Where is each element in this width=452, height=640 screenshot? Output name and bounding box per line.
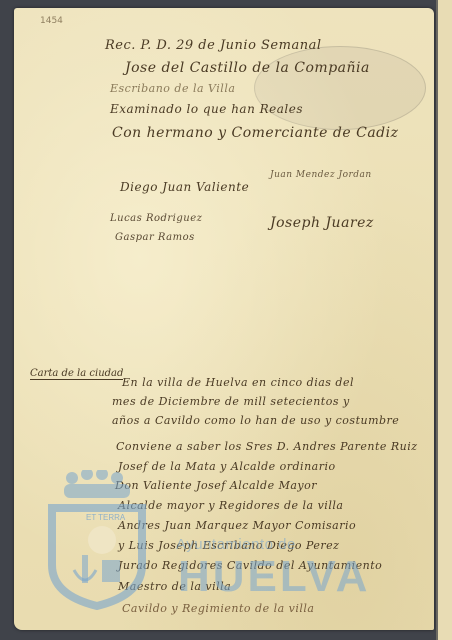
faded-stamp [254,46,426,130]
signature: Diego Juan Valiente [120,180,249,194]
signature: Juan Mendez Jordan [270,170,372,180]
signature: Lucas Rodriguez [110,213,202,224]
header-line: Examinado lo que han Reales [110,102,303,116]
margin-note: Carta de la ciudad [30,368,123,380]
body-line: años a Cavildo como lo han de uso y cost… [112,414,399,427]
header-line: Con hermano y Comerciante de Cadiz [112,125,399,141]
header-line: Rec. P. D. 29 de Junio Semanal [105,38,321,53]
body-line: Andres Juan Marquez Mayor Comisario [118,519,356,532]
body-line: mes de Diciembre de mill setecientos y [112,395,350,408]
svg-text:ET TERRA: ET TERRA [86,513,126,522]
folio-number: 1454 [40,16,63,26]
adjacent-page-edge [436,0,452,640]
watermark-huelva: HUELVA [178,552,370,602]
body-line: Conviene a saber los Sres D. Andres Pare… [116,440,418,453]
header-line: Escribano de la Villa [110,82,235,95]
header-line: Jose del Castillo de la Compañia [125,60,370,76]
huelva-crest-watermark-icon: ET TERRA [42,470,152,610]
watermark-ayuntamiento: Ayuntamiento de [176,536,296,553]
signature: Joseph Juarez [270,215,374,231]
body-line: En la villa de Huelva en cinco dias del [122,376,354,389]
signature: Gaspar Ramos [115,232,195,243]
